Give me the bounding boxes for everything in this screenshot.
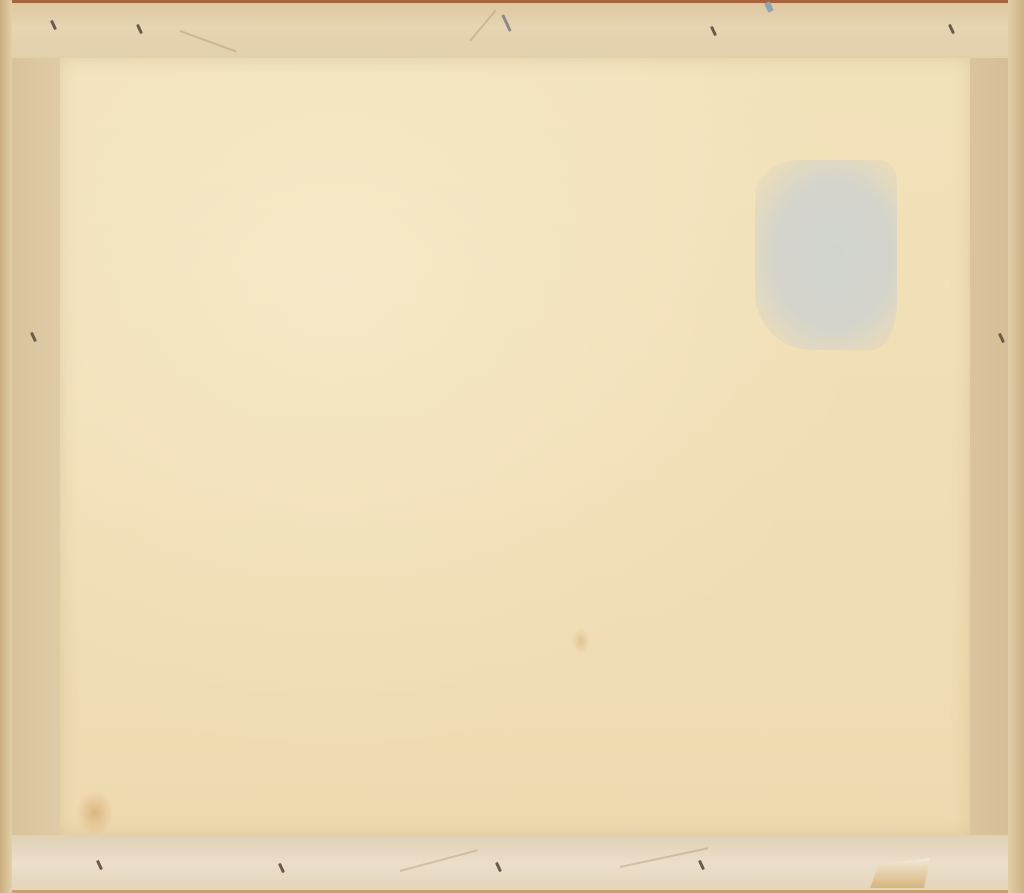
tape-border-left <box>12 58 60 835</box>
tape-border-bottom <box>12 832 1008 893</box>
frame-back <box>0 0 1024 893</box>
frame-edge-right <box>1007 0 1024 893</box>
grey-residue-patch <box>755 160 897 350</box>
stain-middle <box>572 628 590 654</box>
stain-bottom-left <box>76 790 114 836</box>
